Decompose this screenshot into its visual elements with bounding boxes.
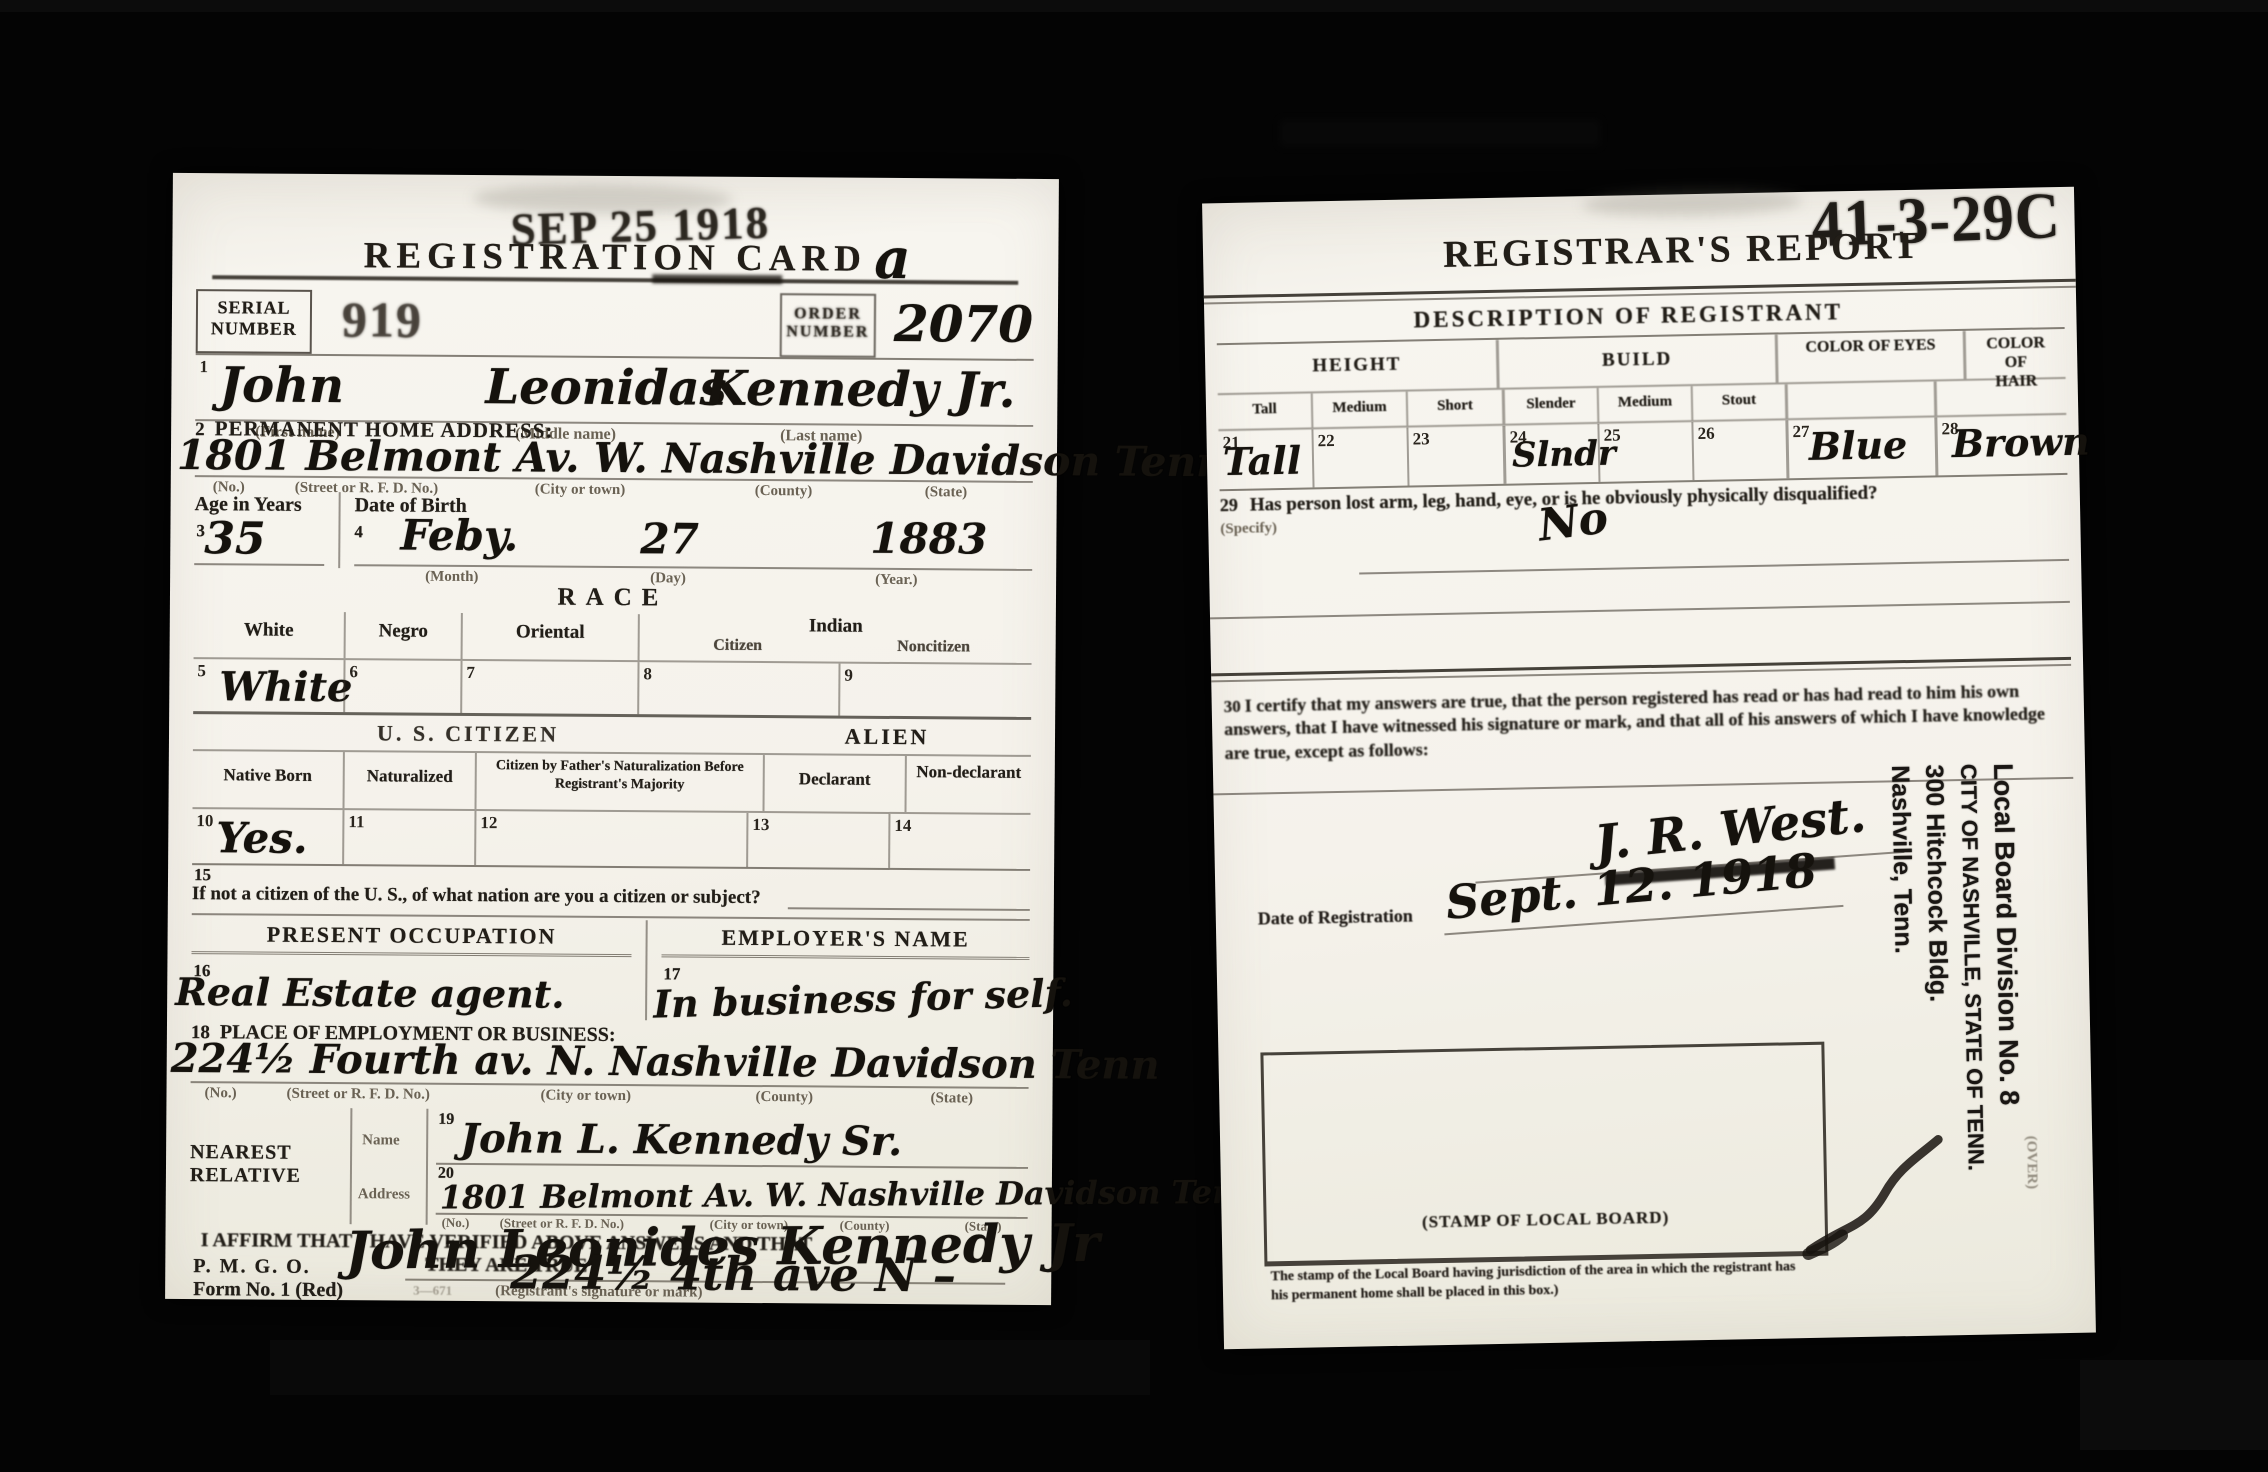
order-letter-handwriting: a [874,226,911,292]
race-option-indian: Indian Citizen Noncitizen [638,614,1032,663]
order-number-label: ORDER NUMBER [780,293,876,358]
registration-date-label: Date of Registration [1258,906,1413,930]
occupation-divider [645,920,648,1020]
height-short-header: Short [1406,390,1503,426]
registration-card-front: SEP 25 1918 REGISTRATION CARD a SERIAL N… [165,173,1059,1305]
employment-caption-city: (City or town) [540,1088,631,1106]
nearest-label-line: RELATIVE [190,1164,301,1188]
relative-name-label: Name [362,1132,400,1149]
cell-number: 8 [643,664,652,684]
citizenship-label-row: Native Born Naturalized Citizen by Fathe… [193,749,1031,815]
first-name-handwriting: John [219,357,344,414]
line15-bottom-rule [192,913,1030,921]
eyes-group-header: COLOR OF EYES [1774,331,1964,383]
cell-number: 25 [1603,425,1620,445]
serial-label-line: SERIAL [198,297,310,319]
order-number-value: 2070 [876,294,1034,359]
race-indian-label: Indian [640,614,1032,639]
q30-text: I certify that my answers are true, that… [1224,681,2045,763]
race-option-negro: Negro [344,612,461,659]
age-value-handwriting: 35 [204,513,266,564]
over-note: (OVER) [2022,1136,2041,1190]
scanned-document-background: SEP 25 1918 REGISTRATION CARD a SERIAL N… [0,0,2268,1472]
race-cell-6: 6 [343,660,460,713]
birth-month-handwriting: Feby. [400,511,518,561]
relative-divider2 [426,1109,429,1225]
race-label-row: White Negro Oriental Indian Citizen Nonc… [194,611,1032,665]
citizenship-native-born: Native Born [193,751,343,808]
dob-rule [194,563,324,566]
blank-rule [1359,559,2069,575]
relative-divider [350,1108,353,1224]
address-note-handwriting: 224½ 4th ave N – [510,1245,956,1302]
height-cell-23: 23 [1406,426,1503,486]
build-cell-24: 24 Slndr [1502,424,1598,484]
race-cell-7: 7 [460,661,637,714]
registrars-report-back: 41-3-29C REGISTRAR'S REPORT DESCRIPTION … [1202,187,2096,1350]
race-cell-row: 5 White 6 7 8 9 [193,659,1031,720]
nearest-label-line: NEAREST [190,1141,301,1165]
cell-number: 13 [752,815,769,835]
stamp-box-caption: (STAMP OF LOCAL BOARD) [1267,1205,1825,1236]
scan-noise [2080,1360,2268,1450]
scan-noise [1280,120,1600,146]
last-name-handwriting: Kennedy Jr. [705,361,1015,419]
race-option-white: White [194,611,344,658]
address-caption-county: (County) [755,483,813,500]
cell-number: 6 [349,662,358,682]
citizenship-declarant: Declarant [763,755,905,812]
race-header: RACE [170,581,1056,615]
nearest-relative-block: NEAREST RELATIVE Name Address 19 John L.… [190,1107,1029,1231]
line-number: 1 [200,357,209,377]
relative-address-handwriting: 1801 Belmont Av. W. Nashville Davidson T… [440,1173,1259,1217]
blank-rule [1210,601,2070,620]
height-cell-21: 21 Tall [1218,429,1312,489]
address-caption-city: (City or town) [535,481,626,499]
build-group-header: BUILD [1496,335,1775,388]
scan-noise [270,1340,1150,1395]
us-citizen-header: U. S. CITIZEN [193,719,743,749]
employment-address-handwriting: 224½ Fourth av. N. Nashville Davidson Te… [171,1035,1160,1089]
card-title: REGISTRAR'S REPORT [1443,224,1922,277]
serial-number-label: SERIAL NUMBER [196,289,312,354]
citizenship-cell-14: 14 [888,814,1030,869]
race-cell-8: 8 [637,662,838,715]
line-number: 4 [354,522,363,542]
citizenship-cell-12: 12 [474,811,746,867]
cell-number: 27 [1792,422,1809,442]
citizenship-value-handwriting: Yes. [216,813,308,863]
eyes-value-handwriting: Blue [1808,422,1907,469]
hair-group-header: COLOR OF HAIR [1963,329,2066,379]
serial-label-line: NUMBER [198,318,310,340]
birth-day-handwriting: 27 [640,514,699,563]
citizenship-cell-13: 13 [746,813,888,868]
form-print-code: 3—671 [413,1283,452,1299]
address-caption-state: (State) [925,484,968,501]
cell-number: 7 [466,663,475,683]
employment-caption-county: (County) [755,1089,813,1106]
employment-caption-street: (Street or R. F. D. No.) [286,1086,430,1104]
race-cell-5: 5 White [193,659,343,712]
employment-caption-no: (No.) [204,1085,236,1102]
over-note-text: (OVER) [2023,1136,2040,1190]
hair-subheader-blank [1934,379,2067,416]
employment-caption-state: (State) [930,1090,973,1107]
scan-noise [0,0,2268,12]
citizenship-table: Native Born Naturalized Citizen by Fathe… [192,749,1031,871]
form-org-block: P. M. G. O. Form No. 1 (Red) [193,1255,343,1302]
q29-answer-handwriting: No [1535,492,1610,551]
build-cell-26: 26 [1691,420,1786,480]
eyes-cell-27: 27 Blue [1785,417,1935,478]
race-cell-9: 9 [838,664,1031,717]
stamp-box-note: The stamp of the Local Board having juri… [1271,1258,1812,1306]
q30-certification: 30 I certify that my answers are true, t… [1224,679,2069,765]
eyes-subheader-blank [1785,381,1935,418]
cell-number: 5 [197,661,206,681]
citizenship-by-father: Citizen by Father's Naturalization Befor… [475,753,763,811]
citizenship-cell-10: 10 Yes. [192,809,342,864]
height-value-handwriting: Tall [1223,438,1302,484]
occupation-handwriting: Real Estate agent. [175,969,565,1017]
race-indian-citizen: Citizen [640,636,836,655]
race-indian-subrow: Citizen Noncitizen [640,636,1032,657]
ink-smudge [1582,188,1802,218]
hair-cell-28: 28 Brown [1934,415,2067,476]
card-title: REGISTRATION CARD [172,233,1058,282]
q29-specify-label: (Specify) [1220,520,1277,538]
race-indian-noncitizen: Noncitizen [836,638,1032,657]
cell-number: 10 [196,811,213,831]
occupation-header: PRESENT OCCUPATION [191,921,631,957]
serial-number-value: 919 [312,290,492,355]
build-stout-header: Stout [1691,384,1786,420]
cell-number: 22 [1317,431,1334,451]
citizenship-question: If not a citizen of the U. S., of what n… [192,883,761,909]
order-label-line: NUMBER [782,323,874,342]
line-number: 19 [438,1111,454,1129]
pen-mark [1800,1129,1952,1262]
height-medium-header: Medium [1311,392,1407,428]
race-option-oriental: Oriental [461,613,638,660]
cell-number: 9 [844,666,853,686]
relative-name-handwriting: John L. Kennedy Sr. [460,1115,902,1165]
serial-row-spacer [492,291,780,357]
build-slender-header: Slender [1502,388,1598,424]
alien-header: ALIEN [743,723,1031,751]
nearest-relative-label: NEAREST RELATIVE [190,1141,301,1188]
order-label-line: ORDER [782,305,874,324]
description-table: HEIGHT BUILD COLOR OF EYES COLOR OF HAIR… [1217,327,2068,491]
cell-number: 14 [894,816,911,836]
race-table: White Negro Oriental Indian Citizen Nonc… [193,611,1032,720]
citizenship-non-declarant: Non-declarant [904,756,1030,813]
citizenship-cell-11: 11 [342,810,474,865]
age-divider [338,492,341,568]
citizenship-naturalized: Naturalized [343,752,475,809]
height-cell-22: 22 [1311,428,1407,488]
build-cell-25: 25 [1597,422,1692,482]
local-board-stamp-box: (STAMP OF LOCAL BOARD) [1260,1042,1828,1267]
height-tall-header: Tall [1218,393,1312,429]
middle-name-handwriting: Leonidas [485,359,727,417]
employer-handwriting: In business for self. [653,970,1074,1027]
build-medium-header: Medium [1597,386,1692,422]
cell-number: 23 [1412,429,1429,449]
cell-number: 11 [348,812,364,832]
line15-rule [788,907,1030,911]
title-underline-smudge [652,274,782,284]
cell-number: 12 [480,813,497,833]
form-org-line: Form No. 1 (Red) [193,1278,343,1302]
cell-number: 26 [1697,424,1714,444]
citizenship-cell-row: 10 Yes. 11 12 13 14 [192,809,1030,871]
hair-value-handwriting: Brown [1951,418,2090,466]
line-number: 30 [1224,697,1241,716]
race-value-handwriting: White [219,663,352,711]
height-group-header: HEIGHT [1217,340,1497,393]
serial-number-row: SERIAL NUMBER 919 ORDER NUMBER 2070 [196,289,1034,361]
form-org-line: P. M. G. O. [193,1255,343,1279]
line-number: 29 [1220,495,1238,515]
birth-year-handwriting: 1883 [870,514,987,564]
employer-header: EMPLOYER'S NAME [661,924,1029,960]
relative-address-label: Address [358,1186,410,1203]
